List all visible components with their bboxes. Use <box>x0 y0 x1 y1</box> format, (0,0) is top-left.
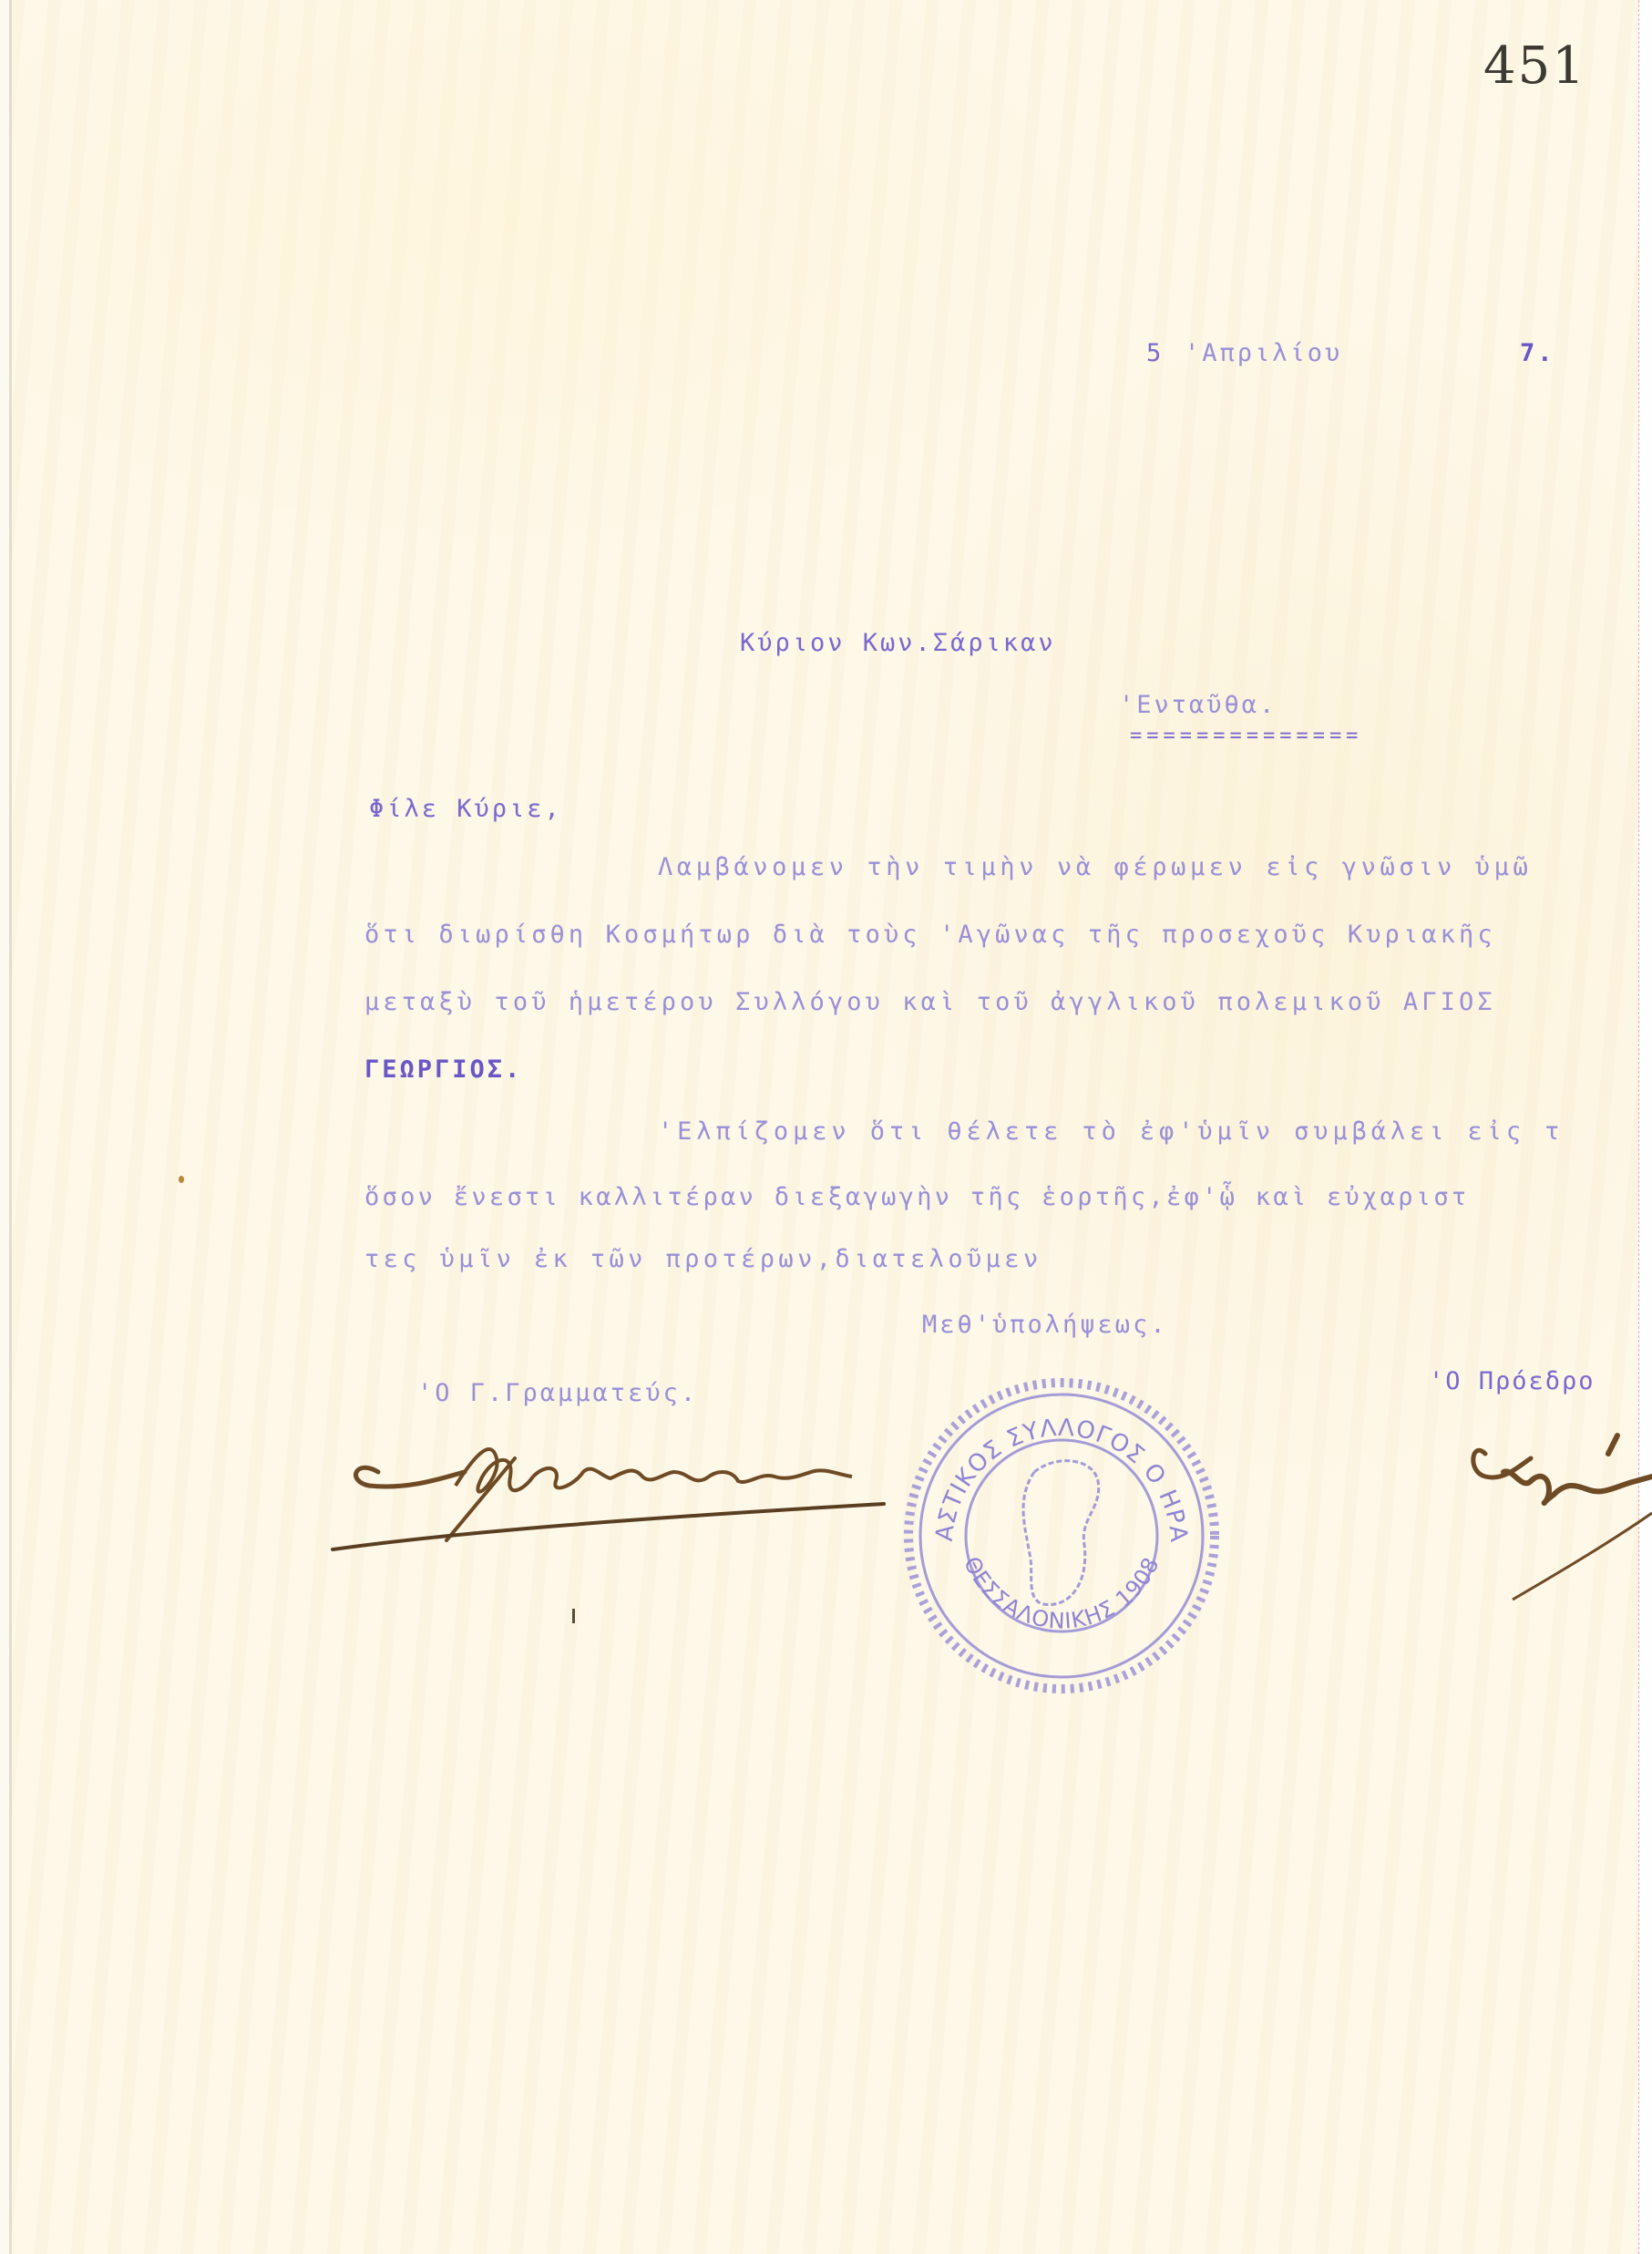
svg-text:ΘΕΣΣΑΛΟΝΙΚΗΣ 1908: ΘΕΣΣΑΛΟΝΙΚΗΣ 1908 <box>959 1553 1165 1634</box>
body-line-5: 'Ελπίζομεν ὅτι θέλετε τὸ ἐφ'ὑμῖν συμβάλε… <box>658 1117 1564 1146</box>
president-signature <box>1421 1404 1652 1604</box>
addressee-underline: ============== <box>1130 725 1362 747</box>
club-seal-stamp: ΓΥΜΝΑΣΤΙΚΟΣ ΣΥΛΛΟΓΟΣ Ο ΗΡΑΚΛΗΣ ΘΕΣΣΑΛΟΝΙ… <box>898 1372 1226 1700</box>
date-day: 5 <box>1146 339 1164 367</box>
date-month: 'Απριλίου <box>1185 339 1342 367</box>
body-line-1: Λαμβάνομεν τὴν τιμὴν νὰ φέρωμεν εἰς γνῶσ… <box>658 853 1532 881</box>
salutation: Φίλε Κύριε, <box>369 795 562 823</box>
secretary-signature <box>328 1422 893 1568</box>
date-year: 7. <box>1520 339 1555 367</box>
page-edge <box>1638 0 1652 2254</box>
president-title: 'Ο Πρόεδρο <box>1429 1367 1596 1395</box>
closing: Μεθ'ὑπολήψεως. <box>922 1311 1168 1339</box>
addressee-name: Κύριον Κων.Σάρικαν <box>740 629 1056 657</box>
svg-text:ΓΥΜΝΑΣΤΙΚΟΣ ΣΥΛΛΟΓΟΣ Ο ΗΡΑΚΛΗΣ: ΓΥΜΝΑΣΤΙΚΟΣ ΣΥΛΛΟΓΟΣ Ο ΗΡΑΚΛΗΣ <box>898 1372 1192 1544</box>
archive-page-number: 451 <box>1483 36 1586 96</box>
addressee-location: 'Ενταῦθα. <box>1119 691 1277 719</box>
secretary-title: 'Ο Γ.Γραμματεύς. <box>417 1379 698 1407</box>
body-line-4: ΓΕΩΡΓΙΟΣ. <box>364 1055 522 1084</box>
body-line-3: μεταξὺ τοῦ ἡμετέρου Συλλόγου καὶ τοῦ ἀγγ… <box>364 988 1496 1016</box>
body-line-2: ὅτι διωρίσθη Κοσμήτωρ διὰ τοὺς 'Αγῶνας τ… <box>364 921 1496 949</box>
body-line-7: τες ὑμῖν ἐκ τῶν προτέρων,διατελοῦμεν <box>364 1245 1042 1273</box>
ink-speck <box>572 1609 575 1623</box>
ink-speck <box>179 1176 184 1183</box>
body-line-6: ὅσον ἔνεστι καλλιτέραν διεξαγωγὴν τῆς ἑο… <box>364 1183 1469 1211</box>
